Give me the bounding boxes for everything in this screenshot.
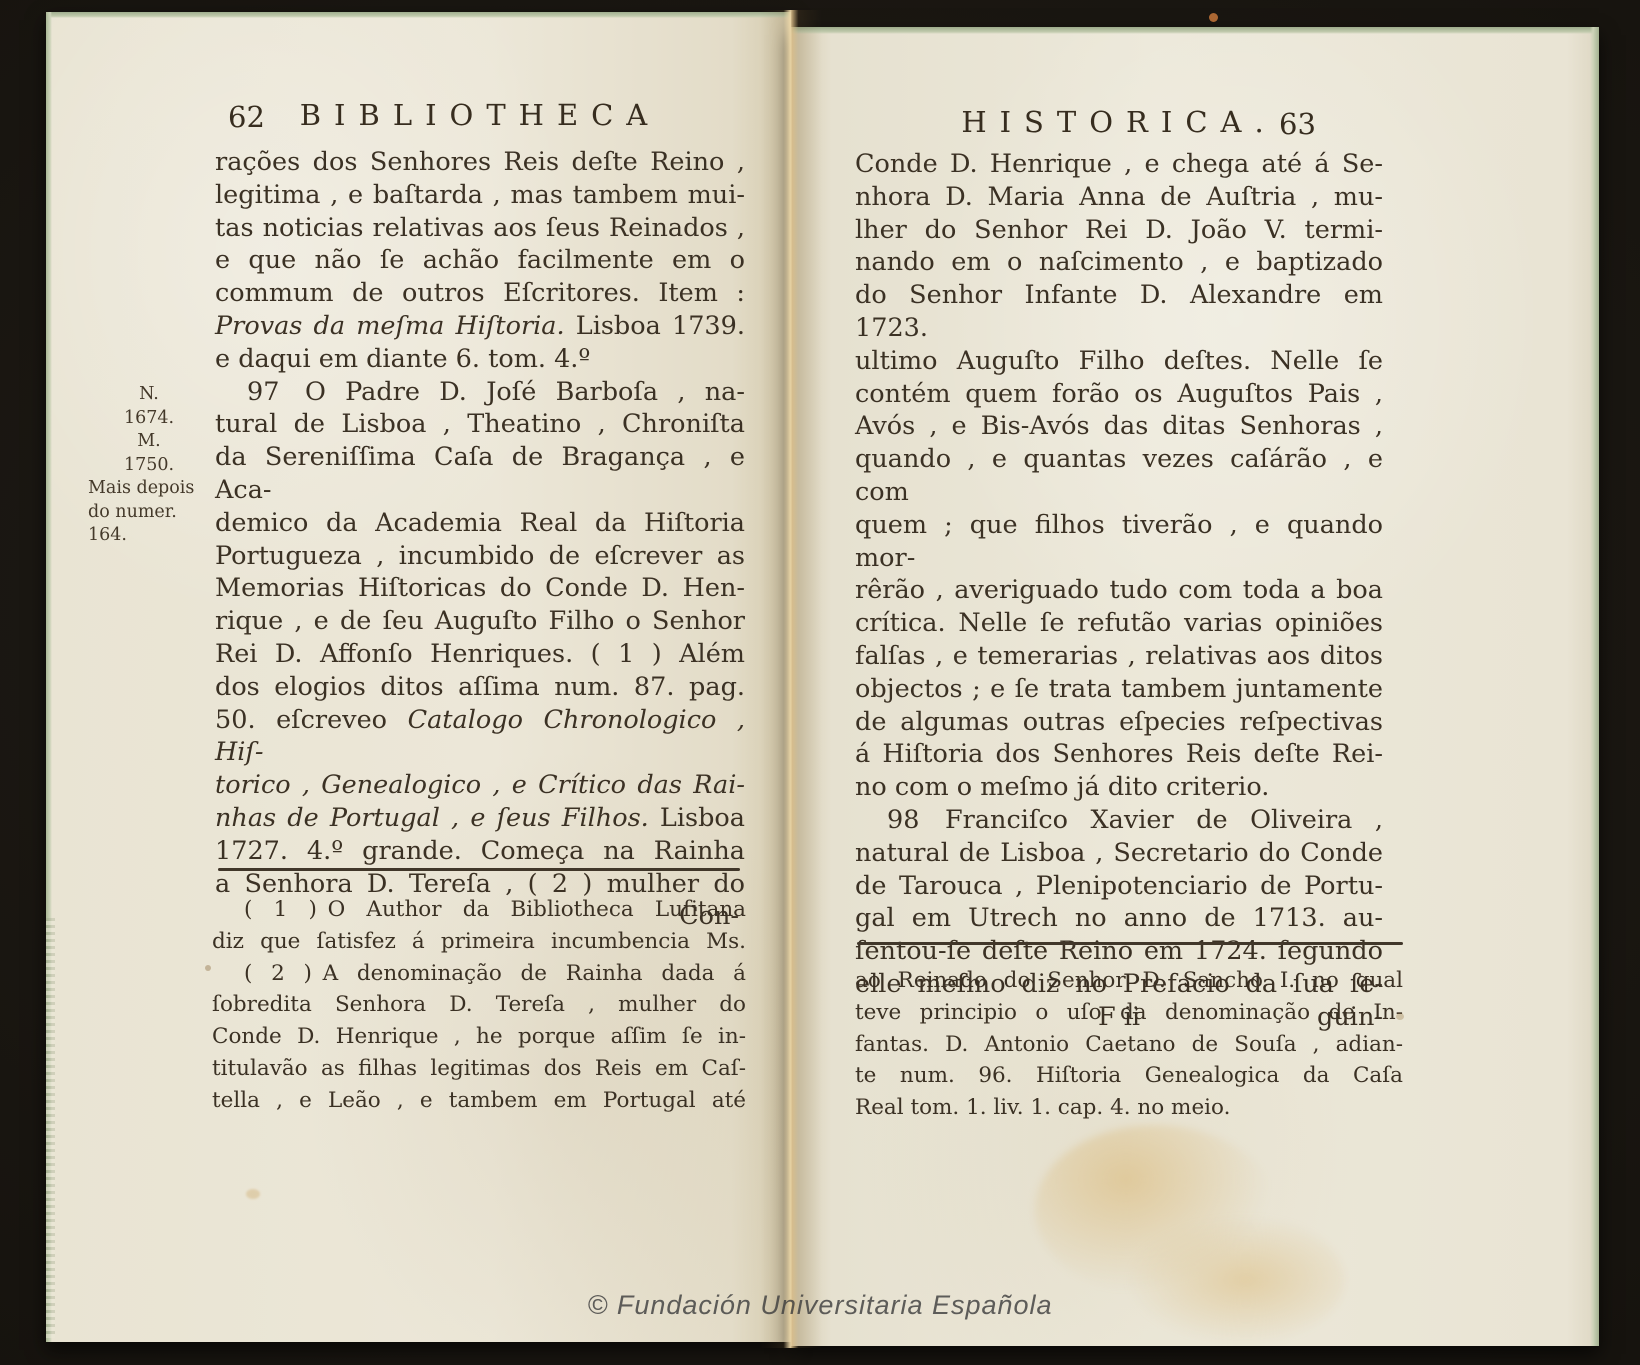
text-line: rêrão , averiguado tudo com toda a boa (855, 574, 1383, 607)
text-line: e que não ſe achão facilmente em o (215, 244, 745, 277)
text-line: Rei D. Affonſo Henriques. ( 1 ) Além (215, 638, 745, 671)
text-line: Avós , e Bis-Avós das ditas Senhoras , (855, 410, 1383, 443)
footnote-rule-right (857, 942, 1403, 945)
text-line: quem ; que filhos tiverão , e quando mor… (855, 509, 1383, 575)
text-line: tella , e Leão , e tambem em Portugal at… (212, 1085, 746, 1117)
text-line: Portugueza , incumbido de eſcrever as (215, 540, 745, 573)
running-title-left: BIBLIOTHECA (215, 98, 745, 132)
text-line: ( 2 ) A denominação de Rainha dada á (212, 958, 746, 990)
text-line: contém quem forão os Auguſtos Pais , (855, 378, 1383, 411)
text-line: gal em Utrech no anno de 1713. au- (855, 902, 1383, 935)
text-line: do Senhor Infante D. Alexandre em 1723. (855, 279, 1383, 345)
text-line: te num. 96. Hiſtoria Genealogica da Caſa (855, 1060, 1403, 1092)
speck (1396, 1013, 1404, 1020)
text-line: quando , e quantas vezes caſárão , e com (855, 443, 1383, 509)
text-line: de algumas outras eſpecies reſpectivas (855, 706, 1383, 739)
footnote-rule-left (218, 868, 740, 871)
footnotes-left: ( 1 ) O Author da Bibliotheca Luſitanadi… (212, 894, 746, 1117)
page-left: 62 BIBLIOTHECA N.1674.M.1750. Mais depoi… (46, 12, 791, 1342)
text-line: ( 1 ) O Author da Bibliotheca Luſitana (212, 894, 746, 926)
text-line: lher do Senhor Rei D. João V. termi- (855, 214, 1383, 247)
text-line: objectos ; e ſe trata tambem juntamente (855, 673, 1383, 706)
text-line: Conde D. Henrique , e chega até á Se- (855, 148, 1383, 181)
text-line: dos elogios ditos aſſima num. 87. pag. (215, 671, 745, 704)
margin-note-line: M. (88, 430, 210, 454)
text-line: tural de Lisboa , Theatino , Chroniſta (215, 408, 745, 441)
text-line: e daqui em diante 6. tom. 4.º (215, 343, 745, 376)
page-edge-top (791, 27, 1599, 34)
text-line: Real tom. 1. liv. 1. cap. 4. no meio. (855, 1092, 1403, 1124)
text-line: ao Reinado do Senhor D. Sancho I. no qua… (855, 965, 1403, 997)
text-line: de Tarouca , Plenipotenciario de Portu- (855, 870, 1383, 903)
text-line: 50. eſcreveo Catalogo Chronologico , Hiſ… (215, 704, 745, 770)
text-line: Provas da meſma Hiſtoria. Lisboa 1739. (215, 310, 745, 343)
body-text-left: rações dos Senhores Reis deſte Reino ,le… (215, 146, 745, 933)
body-lines-right: Conde D. Henrique , e chega até á Se-nho… (855, 148, 1383, 1001)
text-line: crítica. Nelle ſe refutão varias opiniõe… (855, 607, 1383, 640)
margin-note-line: 1750. (88, 454, 210, 478)
text-line: á Hiſtoria dos Senhores Reis deſte Rei- (855, 738, 1383, 771)
margin-note-ref: Mais depoisdo numer.164. (88, 477, 210, 548)
library-watermark: © Fundación Universitaria Española (0, 1290, 1640, 1321)
margin-note-line: do numer. (88, 501, 210, 525)
text-line: falſas , e temerarias , relativas aos di… (855, 640, 1383, 673)
text-line: ultimo Auguſto Filho deſtes. Nelle ſe (855, 345, 1383, 378)
text-line: teve principio o uſo da denominação de I… (855, 997, 1403, 1029)
text-line: Conde D. Henrique , he porque aſſim ſe i… (212, 1021, 746, 1053)
margin-note-line: N. (88, 383, 210, 407)
text-line: diz que ſatisfez á primeira incumbencia … (212, 926, 746, 958)
text-line: 98 Franciſco Xavier de Oliveira , (855, 804, 1383, 837)
text-line: nhora D. Maria Anna de Auſtria , mu- (855, 181, 1383, 214)
page-edge-right (1590, 27, 1599, 1346)
text-line: nhas de Portugal , e ſeus Filhos. Lisboa (215, 802, 745, 835)
text-line: demico da Academia Real da Hiſtoria (215, 507, 745, 540)
text-line: titulavão as filhas legitimas dos Reis e… (212, 1053, 746, 1085)
margin-note: N.1674.M.1750. Mais depoisdo numer.164. (88, 383, 210, 548)
text-line: rique , e de ſeu Auguſto Filho o Senhor (215, 605, 745, 638)
text-line: da Sereniſſima Caſa de Bragança , e Aca- (215, 441, 745, 507)
margin-note-line: Mais depois (88, 477, 210, 501)
book-scan: { "left_page": { "page_number": "62", "r… (0, 0, 1640, 1365)
text-line: rações dos Senhores Reis deſte Reino , (215, 146, 745, 179)
text-line: 1727. 4.º grande. Começa na Rainha (215, 835, 745, 868)
text-line: nando em o naſcimento , e baptizado (855, 246, 1383, 279)
text-line: no com o meſmo já dito criterio. (855, 771, 1383, 804)
text-line: tas noticias relativas aos ſeus Reinados… (215, 212, 745, 245)
text-line: Memorias Hiſtoricas do Conde D. Hen- (215, 572, 745, 605)
stain (1125, 1215, 1345, 1345)
text-line: legitima , e baſtarda , mas tambem mui- (215, 179, 745, 212)
page-edge-stack (46, 918, 55, 1338)
text-line: fantas. D. Antonio Caetano de Souſa , ad… (855, 1029, 1403, 1061)
text-line: 97 O Padre D. Joſé Barboſa , na- (215, 376, 745, 409)
text-line: commum de outros Eſcritores. Item : (215, 277, 745, 310)
margin-note-dates: N.1674.M.1750. (88, 383, 210, 477)
body-text-right: Conde D. Henrique , e chega até á Se-nho… (855, 148, 1383, 1034)
margin-note-line: 1674. (88, 407, 210, 431)
footnotes-right: ao Reinado do Senhor D. Sancho I. no qua… (855, 965, 1403, 1124)
margin-note-line: 164. (88, 524, 210, 548)
speck (1209, 13, 1218, 22)
text-line: ſentou-ſe deſte Reino em 1724. ſegundo (855, 935, 1383, 968)
text-line: ſobredita Senhora D. Tereſa , mulher do (212, 989, 746, 1021)
speck (246, 1189, 260, 1199)
text-line: torico , Genealogico , e Crítico das Rai… (215, 769, 745, 802)
text-line: natural de Lisboa , Secretario do Conde (855, 837, 1383, 870)
speck (205, 965, 211, 971)
page-edge-top (46, 12, 791, 18)
page-number-right: 63 (1279, 107, 1316, 141)
